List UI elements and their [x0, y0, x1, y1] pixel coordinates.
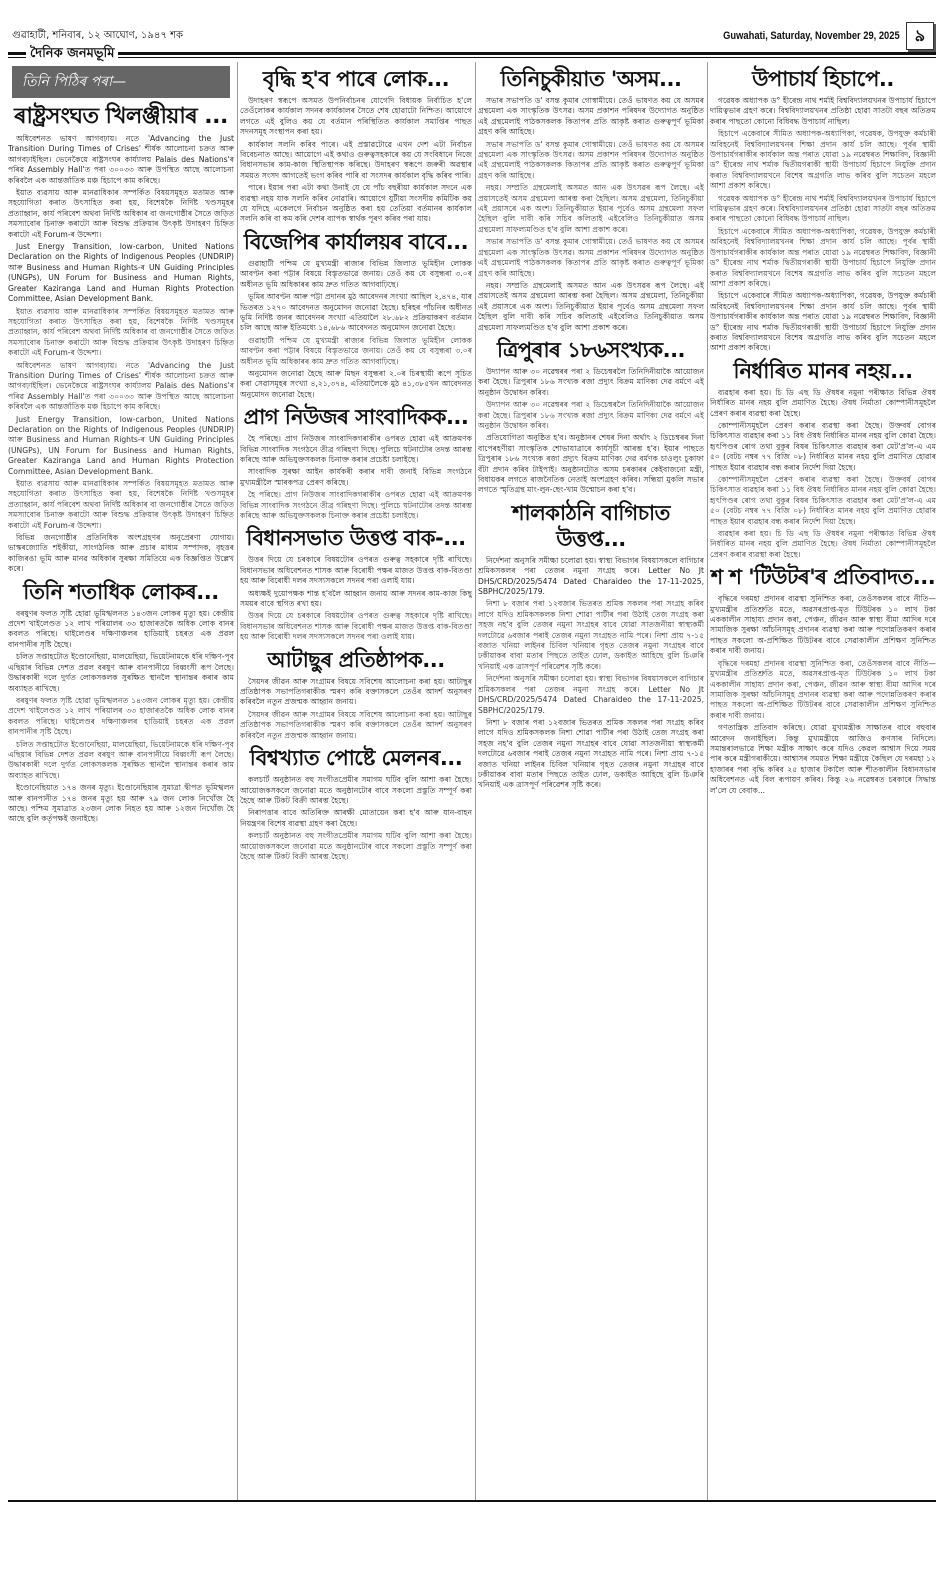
paragraph: ইয়াত ব্যৱসায় আৰু মানৱাধিকাৰ সম্পৰ্কিত …: [8, 307, 234, 359]
paragraph: ইয়াত ব্যৱসায় আৰু মানৱাধিকাৰ সম্পৰ্কিত …: [8, 479, 234, 531]
paragraph: গৱেষক অধ্যাপক ড° হীৰেন্দ্ৰ নাথ শৰ্মাই বি…: [710, 96, 936, 127]
article-headline: বিশ্বখ্যাত পোষ্টে মেলনৰ...: [240, 745, 472, 771]
paragraph: উত্তৰ দিয়ে যে চৰকাৰে বিষয়টোৰ ওপৰত গুৰু…: [240, 611, 472, 642]
article-headline: শালকাঠনি বাগিচাত উত্তপ্ত...: [478, 500, 704, 552]
paragraph: উদ্যাপন আৰু ৩০ নৱেম্বৰৰ পৰা ২ ডিচেম্বৰলৈ…: [478, 367, 704, 398]
paragraph: হৈ পৰিছে। প্ৰাগ নিউজৰ সাংবাদিকগৰাকীৰ ওপৰ…: [240, 434, 472, 465]
paragraph: নহয়। সম্প্ৰতি গ্ৰন্থমেলাই অসমত আন এক উৎ…: [478, 281, 704, 333]
page-number: ৯: [906, 22, 934, 50]
paragraph: বৰষুণৰ ফলত সৃষ্টি হোৱা ভূমিস্খলনত ১৪৩জন …: [8, 609, 234, 651]
article-body: কলচাৰ্ট অনুষ্ঠানত বহু সংগীতপ্ৰেমীৰ সমাগম…: [240, 775, 472, 862]
article-headline: ৰাষ্ট্ৰসংঘত খিলঞ্জীয়াৰ ...: [8, 104, 234, 130]
paragraph: গৱেষক অধ্যাপক ড° হীৰেন্দ্ৰ নাথ শৰ্মাই বি…: [710, 194, 936, 225]
paragraph: উদ্যাপন আৰু ৩০ নৱেম্বৰৰ পৰা ২ ডিচেম্বৰলৈ…: [478, 400, 704, 431]
paragraph: হৈ পৰিছে। প্ৰাগ নিউজৰ সাংবাদিকগৰাকীৰ ওপৰ…: [240, 490, 472, 521]
paragraph: পাৰে। ইয়াৰ পৰা এটা কথা উনাই যে যে পাঁচ …: [240, 183, 472, 225]
paragraph: গুৱাহাটী পশ্চিম যে মুখ্যমন্ত্ৰী ৰাজ্যৰ ব…: [240, 259, 472, 290]
paragraph: চলিত সপ্তাহটোত ইণ্ডোনেছিয়া, মালয়েছিয়া…: [8, 652, 234, 694]
paragraph: বৰষুণৰ ফলত সৃষ্টি হোৱা ভূমিস্খলনত ১৪৩জন …: [8, 696, 234, 738]
paragraph: অধিবেশনত ভাষণ আগবঢ়ায়। নতে 'Advancing t…: [8, 361, 234, 413]
paragraph: অধিবেশনত ভাষণ আগবঢ়ায়। নতে 'Advancing t…: [8, 134, 234, 186]
article-body: অধিবেশনত ভাষণ আগবঢ়ায়। নতে 'Advancing t…: [8, 134, 234, 575]
article-headline: বৃদ্ধি হ'ব পাৰে লোক...: [240, 66, 472, 92]
article-headline: প্ৰাগ নিউজৰ সাংবাদিকক...: [240, 404, 472, 430]
article-body: গৱেষক অধ্যাপক ড° হীৰেন্দ্ৰ নাথ শৰ্মাই বি…: [710, 96, 936, 354]
paragraph: গণতান্ত্ৰিক প্ৰতিবাদ কৰিছে। যোৱা মুখ্যমন…: [710, 723, 936, 796]
paragraph: নিশা ৮ বজাৰ পৰা ১২বজাৰ ভিতৰত শ্ৰমিক সকলৰ…: [478, 718, 704, 791]
paragraph: ব্যৱহাৰ কৰা হয়। চি ডি এছ ডি ঔষধৰ নমুনা …: [710, 388, 936, 419]
article-headline: তিনিচুকীয়াত 'অসম...: [478, 66, 704, 92]
paragraph: বৃদ্ধিৰে দৰমহা প্ৰদানৰ ব্যৱস্থা সুনিশ্চি…: [710, 659, 936, 721]
paragraph: অধ্যক্ষই দুয়োপক্ষক শান্ত হ'বলৈ আহ্বান জ…: [240, 589, 472, 610]
article-body: নিৰ্দেশনা অনুসৰি সমীক্ষা চলোৱা হয়। স্বা…: [478, 556, 704, 791]
masthead-rule-thin: [8, 57, 936, 58]
column-1: তিনি পিঠিৰ পৰা— ৰাষ্ট্ৰসংঘত খিলঞ্জীয়াৰ …: [8, 62, 234, 1498]
paragraph: কাৰ্যকাল সলনি কৰিব পাৰে। এই প্ৰস্তাৱটোৱে…: [240, 140, 472, 182]
paragraph: নহয়। সম্প্ৰতি গ্ৰন্থমেলাই অসমত আন এক উৎ…: [478, 183, 704, 235]
article-body: সৈয়দৰ জীৱন আৰু সংগ্ৰামৰ বিষয়ে সবিশেষ আ…: [240, 677, 472, 741]
article-body: বৰষুণৰ ফলত সৃষ্টি হোৱা ভূমিস্খলনত ১৪৩জন …: [8, 609, 234, 825]
paragraph: হিচাপে একেবাৰে সীমিত অধ্যাপক-অধ্যাপিকা, …: [710, 227, 936, 289]
paragraph: হিচাপে একেবাৰে সীমিত অধ্যাপক-অধ্যাপিকা, …: [710, 129, 936, 191]
column-divider: [707, 62, 708, 1502]
article-body: উদ্যাপন আৰু ৩০ নৱেম্বৰৰ পৰা ২ ডিচেম্বৰলৈ…: [478, 367, 704, 496]
paragraph: সৈয়দৰ জীৱন আৰু সংগ্ৰামৰ বিষয়ে সবিশেষ আ…: [240, 710, 472, 741]
paragraph: সভাৰ সভাপতি ড' বসন্ত কুমাৰ গোস্বামীয়ে। …: [478, 237, 704, 279]
article-body: বৃদ্ধিৰে দৰমহা প্ৰদানৰ ব্যৱস্থা সুনিশ্চি…: [710, 594, 936, 796]
article-body: হৈ পৰিছে। প্ৰাগ নিউজৰ সাংবাদিকগৰাকীৰ ওপৰ…: [240, 434, 472, 521]
paragraph: ইয়াত ব্যৱসায় আৰু মানৱাধিকাৰ সম্পৰ্কিত …: [8, 188, 234, 240]
article-headline: শ শ 'টিউটৰ'ৰ প্ৰতিবাদত...: [710, 564, 936, 590]
paragraph: নিৰাপত্তাৰ বাবে অতিৰিক্ত আৰক্ষী মোতায়েন…: [240, 808, 472, 829]
paragraph: ব্যৱহাৰ কৰা হয়। চি ডি এছ ডি ঔষধৰ নমুনা …: [710, 529, 936, 560]
article-body: উদাহৰণ স্বৰূপে অসমত উপনিৰ্বাচনৰ যোগেদি ব…: [240, 96, 472, 225]
paragraph: ভূমিৰ আবণ্টন আৰু পট্টা প্ৰদানৰ মুঠ আবেদন…: [240, 292, 472, 334]
article-body: উত্তৰ দিয়ে যে চৰকাৰে বিষয়টোৰ ওপৰত গুৰু…: [240, 555, 472, 642]
article-headline: বিজেপিৰ কাৰ্যালয়ৰ বাবে...: [240, 229, 472, 255]
column-divider: [475, 62, 476, 1502]
paragraph: বিভিন্ন জনগোষ্ঠীৰ প্ৰতিনিধিক অংশগ্ৰহণৰ অ…: [8, 533, 234, 575]
article-headline: উপাচাৰ্য হিচাপে..: [710, 66, 936, 92]
paragraph: নিশা ৮ বজাৰ পৰা ১২বজাৰ ভিতৰত শ্ৰমিক সকলৰ…: [478, 599, 704, 672]
paragraph: সভাৰ সভাপতি ড' বসন্ত কুমাৰ গোস্বামীয়ে। …: [478, 140, 704, 182]
paragraph: নিৰ্দেশনা অনুসৰি সমীক্ষা চলোৱা হয়। স্বা…: [478, 556, 704, 598]
paragraph: নিৰ্দেশনা অনুসৰি সমীক্ষা চলোৱা হয়। স্বা…: [478, 674, 704, 716]
masthead: গুৱাহাটী, শনিবাৰ, ১২ আঘোণ, ১৯৪৭ শক Guwah…: [8, 0, 936, 60]
paragraph: প্ৰতিযোগিতা অনুষ্ঠিত হ'ব। অনুষ্ঠানৰ শেষৰ…: [478, 433, 704, 495]
paragraph: অনুমোদন জনোৱা হৈছে আৰু মিছন বসুন্ধৰা ২.০…: [240, 369, 472, 400]
article-headline: নিৰ্ধাৰিত মানৰ নহয়...: [710, 358, 936, 384]
article-body: সভাৰ সভাপতি ড' বসন্ত কুমাৰ গোস্বামীয়ে। …: [478, 96, 704, 333]
paragraph: সভাৰ সভাপতি ড' বসন্ত কুমাৰ গোস্বামীয়ে। …: [478, 96, 704, 138]
bottom-rule: [8, 1500, 936, 1502]
paragraph: চলিত সপ্তাহটোত ইণ্ডোনেছিয়া, মালয়েছিয়া…: [8, 740, 234, 782]
continued-kicker: তিনি পিঠিৰ পৰা—: [12, 66, 230, 98]
paragraph: হিচাপে একেবাৰে সীমিত অধ্যাপক-অধ্যাপিকা, …: [710, 291, 936, 353]
paragraph: Just Energy Transition, low-carbon, Unit…: [8, 242, 234, 304]
column-2: বৃদ্ধি হ'ব পাৰে লোক... উদাহৰণ স্বৰূপে অস…: [240, 62, 472, 1498]
paragraph: Just Energy Transition, low-carbon, Unit…: [8, 415, 234, 477]
article-headline: আটাছুৰ প্ৰতিষ্ঠাপক...: [240, 647, 472, 673]
paragraph: সাংবাদিক সুৰক্ষা আইন কাৰ্যকৰী কৰাৰ দাবী …: [240, 467, 472, 488]
english-date: Guwahati, Saturday, November 29, 2025: [723, 30, 900, 42]
paragraph: কোম্পানীসমূহলৈ প্ৰেৰণ কৰাৰ ব্যৱস্থা কৰা …: [710, 421, 936, 473]
paragraph: কলচাৰ্ট অনুষ্ঠানত বহু সংগীতপ্ৰেমীৰ সমাগম…: [240, 775, 472, 806]
column-4: উপাচাৰ্য হিচাপে.. গৱেষক অধ্যাপক ড° হীৰেন…: [710, 62, 936, 1498]
column-divider: [237, 62, 238, 1502]
article-body: ব্যৱহাৰ কৰা হয়। চি ডি এছ ডি ঔষধৰ নমুনা …: [710, 388, 936, 561]
paragraph: কোম্পানীসমূহলৈ প্ৰেৰণ কৰাৰ ব্যৱস্থা কৰা …: [710, 475, 936, 527]
column-3: তিনিচুকীয়াত 'অসম... সভাৰ সভাপতি ড' বসন্…: [478, 62, 704, 1498]
article-body: গুৱাহাটী পশ্চিম যে মুখ্যমন্ত্ৰী ৰাজ্যৰ ব…: [240, 259, 472, 400]
paragraph: গুৱাহাটী পশ্চিম যে মুখ্যমন্ত্ৰী ৰাজ্যৰ ব…: [240, 336, 472, 367]
article-headline: বিধানসভাত উত্তপ্ত বাক-...: [240, 525, 472, 551]
local-date: গুৱাহাটী, শনিবাৰ, ১২ আঘোণ, ১৯৪৭ শক: [12, 28, 183, 45]
paragraph: ইণ্ডোনেছিয়াত ১৭৪ জনৰ মৃত্যু। ইণ্ডোনেছিয…: [8, 783, 234, 825]
masthead-rule: [8, 52, 936, 55]
paragraph: উত্তৰ দিয়ে যে চৰকাৰে বিষয়টোৰ ওপৰত গুৰু…: [240, 555, 472, 586]
paragraph: বৃদ্ধিৰে দৰমহা প্ৰদানৰ ব্যৱস্থা সুনিশ্চি…: [710, 594, 936, 656]
newspaper-page: গুৱাহাটী, শনিবাৰ, ১২ আঘোণ, ১৯৪৭ শক Guwah…: [8, 0, 936, 1505]
paragraph: সৈয়দৰ জীৱন আৰু সংগ্ৰামৰ বিষয়ে সবিশেষ আ…: [240, 677, 472, 708]
paragraph: কলচাৰ্ট অনুষ্ঠানত বহু সংগীতপ্ৰেমীৰ সমাগম…: [240, 831, 472, 862]
article-headline: ত্ৰিপুৰাৰ ১৮৬সংখ্যক...: [478, 337, 704, 363]
article-headline: তিনি শতাধিক লোকৰ...: [8, 579, 234, 605]
paragraph: উদাহৰণ স্বৰূপে অসমত উপনিৰ্বাচনৰ যোগেদি ব…: [240, 96, 472, 138]
